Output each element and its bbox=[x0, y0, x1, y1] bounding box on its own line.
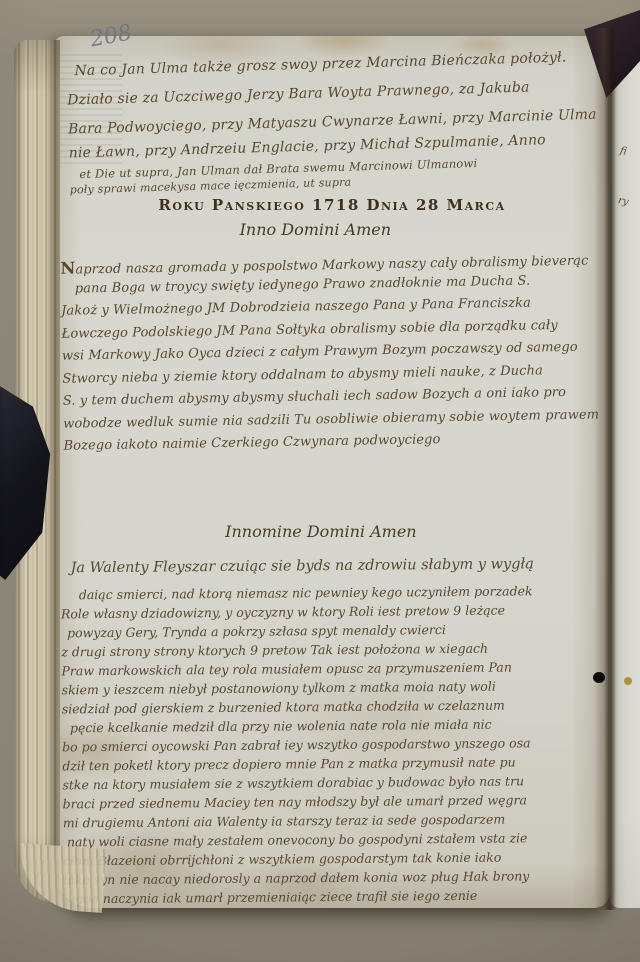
wax-spot bbox=[624, 677, 632, 685]
facing-page-text-fragment: fi bbox=[619, 145, 628, 157]
paragraph-record: Na co Jan Ulma także grosz swoy przez Ma… bbox=[66, 49, 604, 198]
manuscript-page: Na co Jan Ulma także grosz swoy przez Ma… bbox=[54, 36, 610, 908]
paragraph-oath: Naprzod nasza gromada y pospolstwo Marko… bbox=[60, 249, 607, 461]
heading-amen: Inno Domini Amen bbox=[54, 220, 577, 239]
photo-scene: fi ry Na co Jan Ulma także grosz swoy pr… bbox=[0, 0, 640, 962]
ink-blot bbox=[593, 672, 605, 683]
book-gutter-shadow bbox=[594, 28, 616, 910]
facing-page-text-fragment: ry bbox=[617, 195, 629, 208]
text-line: i inne naczynia iak umarł przemieniaiąc … bbox=[63, 887, 610, 908]
page-edge-stack-bottom bbox=[16, 843, 106, 913]
paragraph-testament: Ja Walenty Fleyszar czuiąc sie byds na z… bbox=[60, 556, 610, 908]
heading-date: Roku Panskiego 1718 Dnia 28 Marca bbox=[54, 196, 610, 214]
heading-innomine: Innomine Domini Amen bbox=[54, 522, 588, 541]
